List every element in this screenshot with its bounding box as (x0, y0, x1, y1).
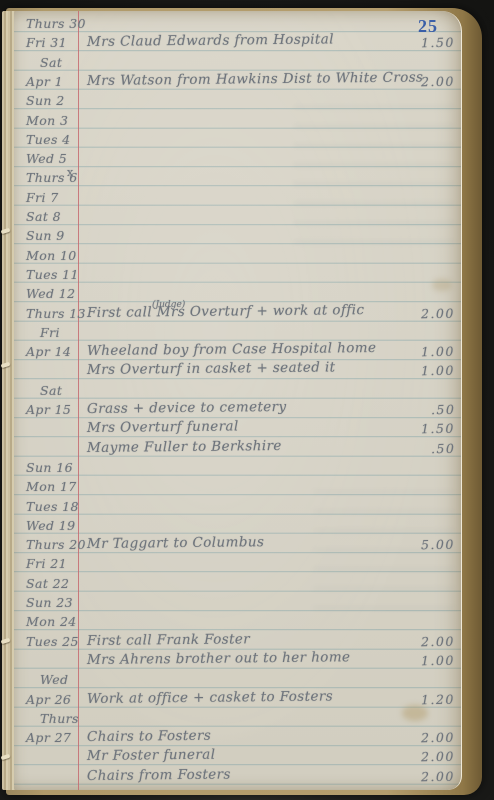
row-date: Tues 4 (26, 130, 71, 149)
x-mark: x (67, 163, 74, 182)
row-description: Mrs Ahrens brother out to her home (87, 648, 351, 670)
ledger-row: Mon 24 (14, 612, 461, 631)
row-description: First call Frank Foster (87, 630, 250, 651)
ledger-row: Wed 5 (14, 149, 461, 168)
row-description: Mr Foster funeral (87, 746, 216, 766)
row-date: Thurs (40, 709, 79, 728)
ledger-row: Mon 17 (14, 477, 461, 496)
ledger-row: Wed 12 (14, 284, 461, 303)
row-date: Thurs 30 (26, 14, 86, 33)
ledger-row: Mrs Overturf funeral 1.50 (14, 419, 461, 438)
row-date: Fri (40, 323, 60, 342)
scan-background: 25 Thurs 30 Fri 31 Mrs Claud Edwards fro… (0, 0, 494, 800)
row-date: Wed (40, 670, 68, 689)
row-description: Mr Taggart to Columbus (87, 533, 264, 554)
row-date: Sun 2 (26, 91, 65, 110)
ledger-row: Mrs Overturf in casket + seated it 1.00 (14, 361, 461, 380)
row-date: Tues 25 (26, 632, 79, 651)
ledger-row: Fri 21 (14, 554, 461, 573)
row-description: Grass + device to cemetery (87, 398, 287, 419)
row-description: Mrs Overturf funeral (87, 418, 239, 439)
ledger-row: Mon 10 (14, 246, 461, 265)
ledger-row: Wed (14, 670, 461, 689)
ledger-row: Apr 14 Wheeland boy from Case Hospital h… (14, 342, 461, 361)
row-date: Tues 11 (26, 265, 79, 284)
row-amount: 1.00 (421, 342, 455, 362)
ledger-row: Apr 27 Chairs to Fosters 2.00 (14, 728, 461, 747)
stitch-mark (1, 362, 11, 369)
row-date: Mon 3 (26, 111, 68, 130)
row-date: Tues 18 (26, 497, 79, 516)
row-date: Mon 17 (26, 477, 77, 496)
stitch-mark (1, 228, 11, 235)
stitch-mark (1, 638, 11, 645)
row-date: Sat (40, 381, 62, 400)
ledger-row: Chairs from Fosters 2.00 (14, 767, 461, 786)
row-date: Fri 21 (26, 554, 67, 573)
ledger-row: Thurs 6 x (14, 168, 461, 187)
ledger-row: Sun 16 (14, 458, 461, 477)
row-date: Wed 12 (26, 284, 76, 303)
row-date: Fri 31 (26, 33, 67, 52)
row-description: Mrs Watson from Hawkins Dist to White Cr… (87, 68, 424, 91)
ledger-page: 25 Thurs 30 Fri 31 Mrs Claud Edwards fro… (14, 11, 462, 790)
ledger-rows: Thurs 30 Fri 31 Mrs Claud Edwards from H… (14, 11, 461, 790)
row-amount: 1.00 (421, 651, 455, 671)
row-date: Sat 22 (26, 574, 69, 593)
row-date: Sat 8 (26, 207, 61, 226)
row-date: Apr 27 (26, 728, 71, 747)
row-amount: 1.20 (421, 689, 455, 709)
ledger-row: Sun 23 (14, 593, 461, 612)
ledger-row: Fri (14, 323, 461, 342)
ledger-row: Apr 1 Mrs Watson from Hawkins Dist to Wh… (14, 72, 461, 91)
row-date: Apr 14 (26, 342, 71, 361)
row-description: Mrs Claud Edwards from Hospital (87, 31, 334, 53)
ledger-row: Thurs 13 (Judge) First call Mrs Overturf… (14, 304, 461, 323)
ledger-row: Sun 9 (14, 226, 461, 245)
ledger-row: Tues 4 (14, 130, 461, 149)
row-amount: 5.00 (421, 535, 455, 555)
row-description: Chairs to Fosters (87, 727, 211, 747)
ledger-row: Tues 18 (14, 497, 461, 516)
row-amount: 2.00 (421, 728, 455, 748)
ledger-row: Mrs Ahrens brother out to her home 1.00 (14, 651, 461, 670)
ledger-row: Thurs (14, 709, 461, 728)
ledger-row: Fri 31 Mrs Claud Edwards from Hospital 1… (14, 33, 461, 52)
ledger-row: Sun 2 (14, 91, 461, 110)
ledger-row: Sat 8 (14, 207, 461, 226)
row-date: Apr 1 (26, 72, 63, 91)
row-description: Chairs from Fosters (87, 765, 231, 786)
row-date: Wed 19 (26, 516, 76, 535)
row-date: Sun 9 (26, 226, 65, 245)
ledger-row: Sat 22 (14, 574, 461, 593)
row-amount: .50 (430, 438, 455, 457)
row-date: Sun 23 (26, 593, 73, 612)
ledger-row: Tues 25 First call Frank Foster 2.00 (14, 632, 461, 651)
ledger-row: Thurs 20 Mr Taggart to Columbus 5.00 (14, 535, 461, 554)
row-amount: 1.50 (421, 33, 455, 53)
row-date: Apr 15 (26, 400, 71, 419)
row-description: Mrs Overturf in casket + seated it (87, 359, 336, 381)
ledger-row: Mayme Fuller to Berkshire .50 (14, 439, 461, 458)
row-description: Work at office + casket to Fosters (87, 687, 333, 709)
ledger-row: Mr Foster funeral 2.00 (14, 747, 461, 766)
row-date: Sun 16 (26, 458, 73, 477)
row-amount: 2.00 (421, 766, 455, 786)
row-amount: 2.00 (421, 631, 455, 651)
row-date: Thurs 13 (26, 304, 86, 323)
ledger-row: Mon 3 (14, 111, 461, 130)
row-description: First call Mrs Overturf + work at offic (87, 301, 365, 323)
ledger-row: Fri 7 (14, 188, 461, 207)
ledger-row: Tues 11 (14, 265, 461, 284)
ledger-row: Thurs 30 (14, 14, 461, 33)
row-date: Apr 26 (26, 690, 71, 709)
row-amount: 2.00 (421, 747, 455, 767)
row-date: Mon 24 (26, 612, 77, 631)
row-amount: 2.00 (421, 72, 455, 92)
row-amount: 1.50 (421, 419, 455, 439)
row-date: Wed 5 (26, 149, 67, 168)
ledger-row: Wed 19 (14, 516, 461, 535)
row-date: Mon 10 (26, 246, 77, 265)
ledger-row: Sat (14, 381, 461, 400)
ledger-row: Apr 26 Work at office + casket to Foster… (14, 690, 461, 709)
row-date: Fri 7 (26, 188, 59, 207)
row-amount: .50 (430, 400, 455, 419)
row-description: Mayme Fuller to Berkshire (87, 437, 282, 458)
ledger-row: Apr 15 Grass + device to cemetery .50 (14, 400, 461, 419)
row-amount: 2.00 (421, 303, 455, 323)
row-date: Thurs 20 (26, 535, 86, 554)
row-amount: 1.00 (421, 361, 455, 381)
row-date: Sat (40, 53, 62, 72)
stitch-mark (1, 754, 11, 761)
